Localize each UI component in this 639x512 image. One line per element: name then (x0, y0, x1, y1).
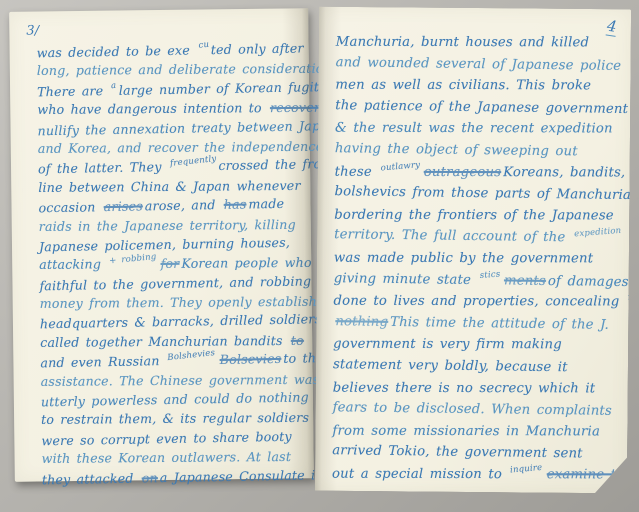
handwritten-line: Manchuria, burnt houses and killed (336, 32, 624, 54)
struck-out-text: for (161, 256, 180, 271)
handwriting-text: assistance. The Chinese government was (41, 371, 320, 388)
struck-out-text: examine the (547, 467, 633, 482)
handwritten-line: out a special mission to inquireexamine … (332, 464, 620, 486)
handwriting-text: and even Russian (40, 353, 166, 370)
handwriting-text: ted only after (211, 40, 304, 57)
handwriting-text: large number of Korean fugitives (119, 78, 345, 97)
handwriting-text: Korean people who are (181, 255, 339, 271)
handwriting-text: bolshevics from those parts of Manchuria (334, 184, 631, 203)
inserted-correction-text: cu (198, 41, 209, 50)
handwritten-line: statement very boldly, because it (333, 354, 621, 379)
handwriting-text: and wounded several of Japanese police (336, 55, 622, 74)
handwriting-text: men as well as civilians. This broke (335, 78, 591, 94)
struck-out-text: on (142, 470, 158, 485)
handwriting-text: called together Manchurian bandits (40, 333, 289, 350)
handwriting-text: believes there is no secrecy which it (333, 380, 596, 396)
inserted-correction-text: inquire (510, 464, 543, 475)
handwriting-text: giving minute state (334, 271, 478, 288)
handwriting-text: & the result was the recent expedition (335, 121, 613, 137)
struck-out-text: ments (504, 273, 546, 289)
handwriting-text: to restrain them, & its regular soldiers (41, 410, 309, 427)
handwriting-text: Manchuria, burnt houses and killed (336, 35, 589, 51)
handwritten-line: nothingThis time the attitude of the J. (333, 311, 621, 336)
inserted-correction-text: stics (479, 270, 500, 280)
handwriting-text: a Japanese Consulate in (160, 467, 324, 485)
handwritten-line: believes there is no secrecy which it (333, 377, 621, 399)
handwriting-text: Japanese policemen, burning houses, (39, 235, 290, 255)
struck-out-text: has (224, 197, 247, 212)
handwritten-line: bordering the frontiers of the Japanese (334, 204, 622, 226)
struck-out-text: recover (270, 100, 320, 115)
handwritten-line: fears to be disclosed. When complaints (332, 397, 620, 422)
handwriting-text: they attacked (42, 470, 140, 487)
handwriting-text: long, patience and deliberate considerat… (37, 61, 336, 78)
handwritten-line: arrived Tokio, the government sent (332, 440, 620, 465)
struck-out-text: Bolsevies (220, 351, 282, 367)
handwritten-line: from some missionaries in Manchuria (332, 420, 620, 442)
struck-out-text: to (291, 333, 304, 348)
handwriting-text: statement very boldly, because it (333, 357, 568, 375)
handwritten-line: the patience of the Japanese government (335, 95, 623, 120)
handwriting-text: who have dangerous intention to (37, 100, 268, 117)
handwriting-text: utterly powerless and could do nothing (41, 389, 309, 409)
handwriting-text: nullify the annexation treaty between Ja… (37, 117, 336, 137)
handwriting-text: made (248, 196, 284, 212)
struck-out-text: nothing (335, 314, 388, 330)
handwriting-text: line between China & Japan whenever (38, 178, 300, 195)
handwriting-text: territory. The full account of the (334, 228, 572, 246)
inserted-correction-text: a (111, 81, 117, 90)
handwriting-text: bordering the frontiers of the Japanese (334, 207, 614, 223)
inserted-correction-text: nothing (628, 291, 639, 302)
handwriting-text: occasion (38, 199, 101, 215)
struck-out-text: outrageous (424, 164, 501, 179)
handwriting-text: government is very firm making (333, 337, 562, 353)
right-page: 4 Manchuria, burnt houses and killed and… (315, 7, 631, 494)
handwriting-text: and Korea, and recover the independence (38, 139, 324, 156)
handwriting-text: having the object of sweeping out (335, 141, 578, 159)
handwriting-text: This time the attitude of the J. (390, 315, 609, 333)
handwriting-text: were so corrupt even to share booty (41, 429, 292, 449)
handwritten-line: men as well as civilians. This broke (335, 75, 623, 97)
handwriting-text: faithful to the government, and robbing (39, 273, 311, 293)
inserted-correction-text: outlawry (380, 161, 420, 172)
handwritten-line: having the object of sweeping out (335, 138, 623, 163)
left-page: 3/ was decided to be exe cuted only afte… (9, 8, 314, 482)
handwritten-line: was made public by the government (334, 248, 622, 270)
handwriting-text: out a special mission to (332, 467, 508, 482)
handwriting-text: from some missionaries in Manchuria (332, 423, 600, 439)
handwritten-line: done to lives and properties, concealing… (334, 291, 622, 313)
left-page-number: 3/ (26, 23, 39, 38)
handwriting-text: of the latter. They (38, 159, 168, 176)
handwriting-text: was made public by the government (334, 251, 593, 267)
inserted-correction-text: + robbing (109, 253, 157, 265)
inserted-correction-text: expedition (574, 227, 622, 238)
handwriting-text: headquarters & barracks, drilled soldier… (40, 312, 322, 332)
handwritten-line: they attacked ona Japanese Consulate in (42, 465, 314, 489)
handwriting-text: done to lives and properties, concealing (334, 294, 626, 310)
handwriting-text: Koreans, bandits, & (503, 165, 639, 180)
handwriting-text: money from them. They openly established (40, 294, 333, 311)
handwriting-text: these (335, 164, 379, 179)
handwriting-text: There are (37, 83, 110, 99)
handwritten-line: government is very firm making (333, 334, 621, 356)
handwritten-line: bolshevics from those parts of Manchuria (334, 181, 622, 206)
handwritten-line: giving minute state sticsmentsof damages (334, 268, 622, 293)
right-page-text: Manchuria, burnt houses and killed and w… (332, 31, 624, 487)
handwriting-text: raids in the Japanese territory, killing (39, 216, 296, 233)
handwritten-line: and wounded several of Japanese police (335, 52, 623, 77)
inserted-correction-text: frequently (169, 155, 216, 168)
handwriting-text: with these Korean outlawers. At last (42, 449, 292, 466)
handwritten-line: territory. The full account of the exped… (334, 225, 622, 250)
inserted-correction-text: Bolshevies (167, 349, 215, 362)
left-page-text: was decided to be exe cuted only after l… (37, 39, 314, 488)
handwriting-text: was decided to be exe (37, 42, 197, 60)
handwriting-text: attacking (39, 257, 107, 273)
struck-out-text: arises (104, 199, 143, 215)
handwriting-text: fears to be disclosed. When complaints (333, 400, 613, 419)
handwriting-text: arose, and (145, 197, 222, 213)
handwriting-text: arrived Tokio, the government sent (332, 443, 583, 461)
handwriting-text: of damages (548, 273, 629, 289)
handwritten-line: & the result was the recent expedition (335, 118, 623, 140)
handwritten-line: these outlawryoutrageousKoreans, bandits… (335, 161, 623, 183)
handwriting-text: the patience of the Japanese government (335, 98, 628, 117)
manuscript-photo: 3/ was decided to be exe cuted only afte… (0, 0, 639, 512)
